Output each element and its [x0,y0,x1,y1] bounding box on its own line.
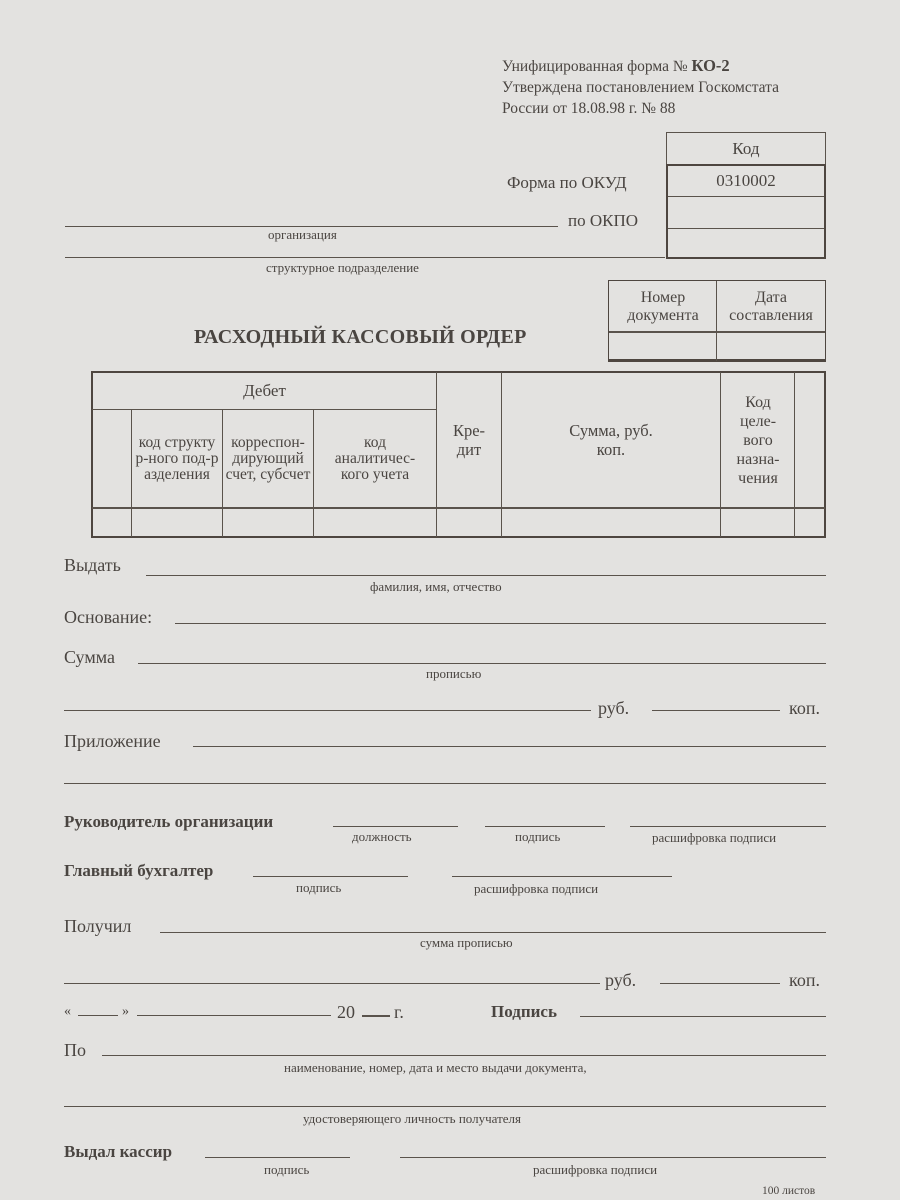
cashier-label: Выдал кассир [64,1143,172,1160]
sheets-count: 100 листов [762,1186,815,1198]
recipient-signature-label: Подпись [491,1003,557,1020]
director-decoding-caption: расшифровка подписи [652,831,776,844]
col-header-division-code: код структур-ного под-разделения [134,412,220,506]
doc-date-header: Дата составления [717,284,825,330]
chief-accountant-label: Главный бухгалтер [64,862,213,879]
form-line1-prefix: Унифицированная форма № [502,58,688,75]
sum-kop-field[interactable] [652,710,780,711]
received-caption: сумма прописью [420,936,513,949]
date-month-field[interactable] [137,1015,331,1016]
attachment-field[interactable] [193,746,826,747]
director-decoding-field[interactable] [630,826,826,827]
okud-label: Форма по ОКУД [507,174,627,191]
recipient-signature-field[interactable] [580,1016,826,1017]
cell-purpose-code[interactable] [722,510,794,536]
cashier-signature-field[interactable] [205,1157,350,1158]
sum-label: Сумма [64,648,115,666]
chief-signature-field[interactable] [253,876,408,877]
issue-field[interactable] [146,575,826,576]
year-prefix: 20 [337,1003,355,1021]
col-header-analytic-code: код аналитичес-кого учета [316,412,434,506]
okpo-label: по ОКПО [568,212,638,229]
form-code: КО-2 [692,56,730,75]
form-unified-line: Унифицированная форма № КО-2 [502,58,730,75]
received-kop-field[interactable] [660,983,780,984]
form-approved-line: Утверждена постановлением Госкомстата [502,80,779,96]
page-title: РАСХОДНЫЙ КАССОВЫЙ ОРДЕР [194,327,527,347]
chief-signature-caption: подпись [296,881,341,894]
director-position-field[interactable] [333,826,458,827]
sum-kop-label: коп. [789,699,820,717]
cashier-decoding-field[interactable] [400,1157,826,1158]
col-header-corr-account: корреспон-дирующий счет, субсчет [224,412,312,506]
division-field[interactable] [65,257,665,258]
doc-number-header: Номер документа [610,284,716,330]
form-decree-line: России от 18.08.98 г. № 88 [502,101,675,117]
extra-code-field[interactable] [668,229,824,257]
date-day-field[interactable] [78,1015,118,1016]
sum-rub-field[interactable] [64,710,591,711]
id-document-field-2[interactable] [64,1106,826,1107]
debit-header-divider [92,409,437,410]
sum-words-field[interactable] [138,663,826,664]
received-rub-label: руб. [605,971,636,989]
cashier-signature-caption: подпись [264,1163,309,1176]
by-label: По [64,1041,86,1059]
issue-caption: фамилия, имя, отчество [370,580,502,593]
id-document-caption: наименование, номер, дата и место выдачи… [284,1061,587,1074]
chief-decoding-caption: расшифровка подписи [474,882,598,895]
table-row [93,510,824,536]
codes-header: Код [667,133,825,165]
okpo-code-field[interactable] [668,197,824,227]
id-document-field[interactable] [102,1055,826,1056]
director-label: Руководитель организации [64,813,273,830]
doc-date-field[interactable] [717,333,825,359]
cell-blank2[interactable] [796,510,824,536]
okud-code-field[interactable]: 0310002 [668,166,824,196]
division-caption: структурное подразделение [266,261,419,274]
codes-header-cell: Код [666,132,826,165]
director-position-caption: должность [352,830,412,843]
doc-box-bottom [608,359,826,361]
organization-caption: организация [268,228,337,241]
doc-number-field[interactable] [610,333,716,359]
quote-open: « [64,1005,71,1019]
received-field[interactable] [160,932,826,933]
cell-division-code[interactable] [133,510,222,536]
attachment-field-2[interactable] [64,783,826,784]
received-label: Получил [64,917,131,935]
col-header-amount: Сумма, руб. коп. [504,374,718,506]
director-signature-caption: подпись [515,830,560,843]
attachment-label: Приложение [64,732,161,750]
director-signature-field[interactable] [485,826,605,827]
cell-amount[interactable] [503,510,720,536]
basis-field[interactable] [175,623,826,624]
cell-corr-account[interactable] [224,510,313,536]
quote-close: » [122,1005,129,1019]
cell-analytic-code[interactable] [315,510,436,536]
sum-caption: прописью [426,667,481,680]
received-kop-label: коп. [789,971,820,989]
sum-rub-label: руб. [598,699,629,717]
issue-label: Выдать [64,556,121,574]
debit-header: Дебет [93,373,436,409]
col-header-credit: Кре-дит [440,374,498,506]
table-header-divider [92,507,825,509]
cashier-decoding-caption: расшифровка подписи [533,1163,657,1176]
col-header-purpose-code: Код целе-вого назна-чения [723,374,793,506]
basis-label: Основание: [64,608,152,626]
date-year-field[interactable] [362,1015,390,1017]
cell-credit[interactable] [438,510,501,536]
cell-blank[interactable] [93,510,131,536]
received-rub-field[interactable] [64,983,600,984]
year-suffix: г. [394,1003,404,1021]
chief-decoding-field[interactable] [452,876,672,877]
id-document-caption-2: удостоверяющего личность получателя [303,1112,521,1125]
